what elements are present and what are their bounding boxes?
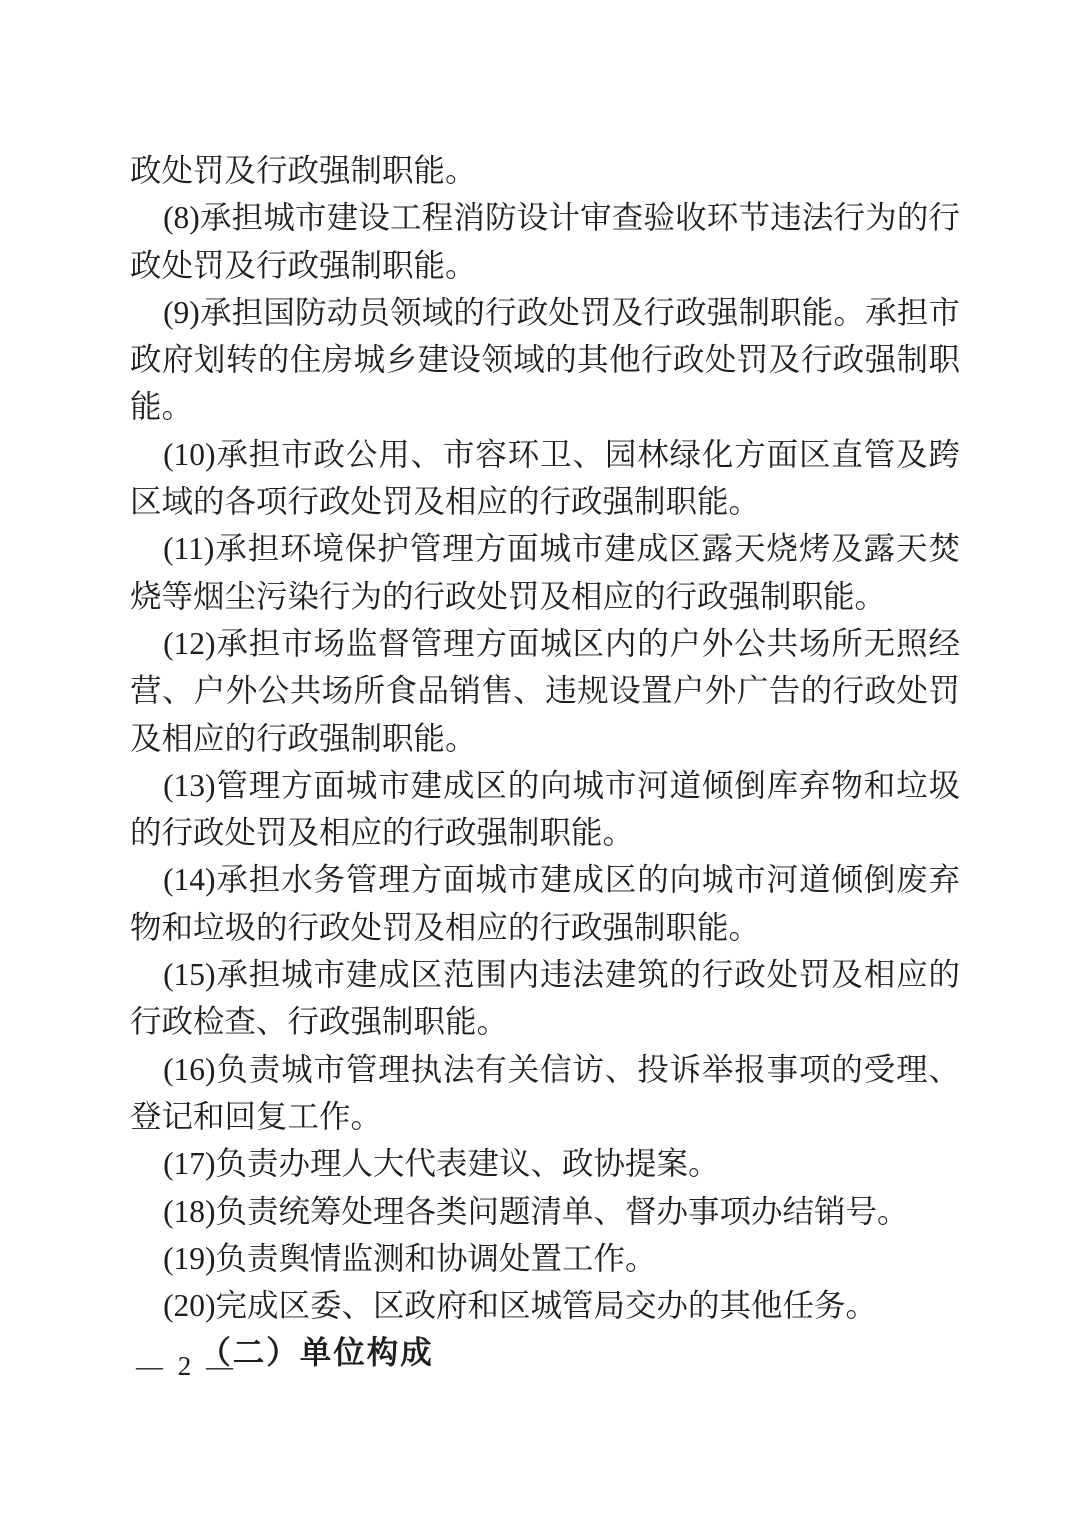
paragraph-item-13: (13)管理方面城市建成区的向城市河道倾倒库弃物和垃圾的行政处罚及相应的行政强制… xyxy=(130,762,960,857)
paragraph-item-15: (15)承担城市建成区范围内违法建筑的行政处罚及相应的行政检查、行政强制职能。 xyxy=(130,951,960,1046)
paragraph-item-14: (14)承担水务管理方面城市建成区的向城市河道倾倒废弃物和垃圾的行政处罚及相应的… xyxy=(130,856,960,951)
paragraph-item-11: (11)承担环境保护管理方面城市建成区露天烧烤及露天焚烧等烟尘污染行为的行政处罚… xyxy=(130,525,960,620)
paragraph-item-10: (10)承担市政公用、市容环卫、园林绿化方面区直管及跨区域的各项行政处罚及相应的… xyxy=(130,431,960,526)
paragraph-item-20: (20)完成区委、区政府和区城管局交办的其他任务。 xyxy=(130,1282,960,1329)
page-number: — 2 — xyxy=(136,1351,237,1382)
paragraph-item-17: (17)负责办理人大代表建议、政协提案。 xyxy=(130,1140,960,1187)
document-page: 政处罚及行政强制职能。 (8)承担城市建设工程消防设计审查验收环节违法行为的行政… xyxy=(0,0,1074,1520)
paragraph-item-16: (16)负责城市管理执法有关信访、投诉举报事项的受理、登记和回复工作。 xyxy=(130,1046,960,1141)
paragraph-item-8: (8)承担城市建设工程消防设计审查验收环节违法行为的行政处罚及行政强制职能。 xyxy=(130,194,960,289)
paragraph-continuation: 政处罚及行政强制职能。 xyxy=(130,147,960,194)
paragraph-item-9: (9)承担国防动员领域的行政处罚及行政强制职能。承担市政府划转的住房城乡建设领域… xyxy=(130,289,960,431)
document-body: 政处罚及行政强制职能。 (8)承担城市建设工程消防设计审查验收环节违法行为的行政… xyxy=(130,147,960,1377)
paragraph-item-12: (12)承担市场监督管理方面城区内的户外公共场所无照经营、户外公共场所食品销售、… xyxy=(130,620,960,762)
paragraph-item-18: (18)负责统筹处理各类问题清单、督办事项办结销号。 xyxy=(130,1188,960,1235)
section-heading: （二）单位构成 xyxy=(130,1329,960,1376)
paragraph-item-19: (19)负责舆情监测和协调处置工作。 xyxy=(130,1235,960,1282)
